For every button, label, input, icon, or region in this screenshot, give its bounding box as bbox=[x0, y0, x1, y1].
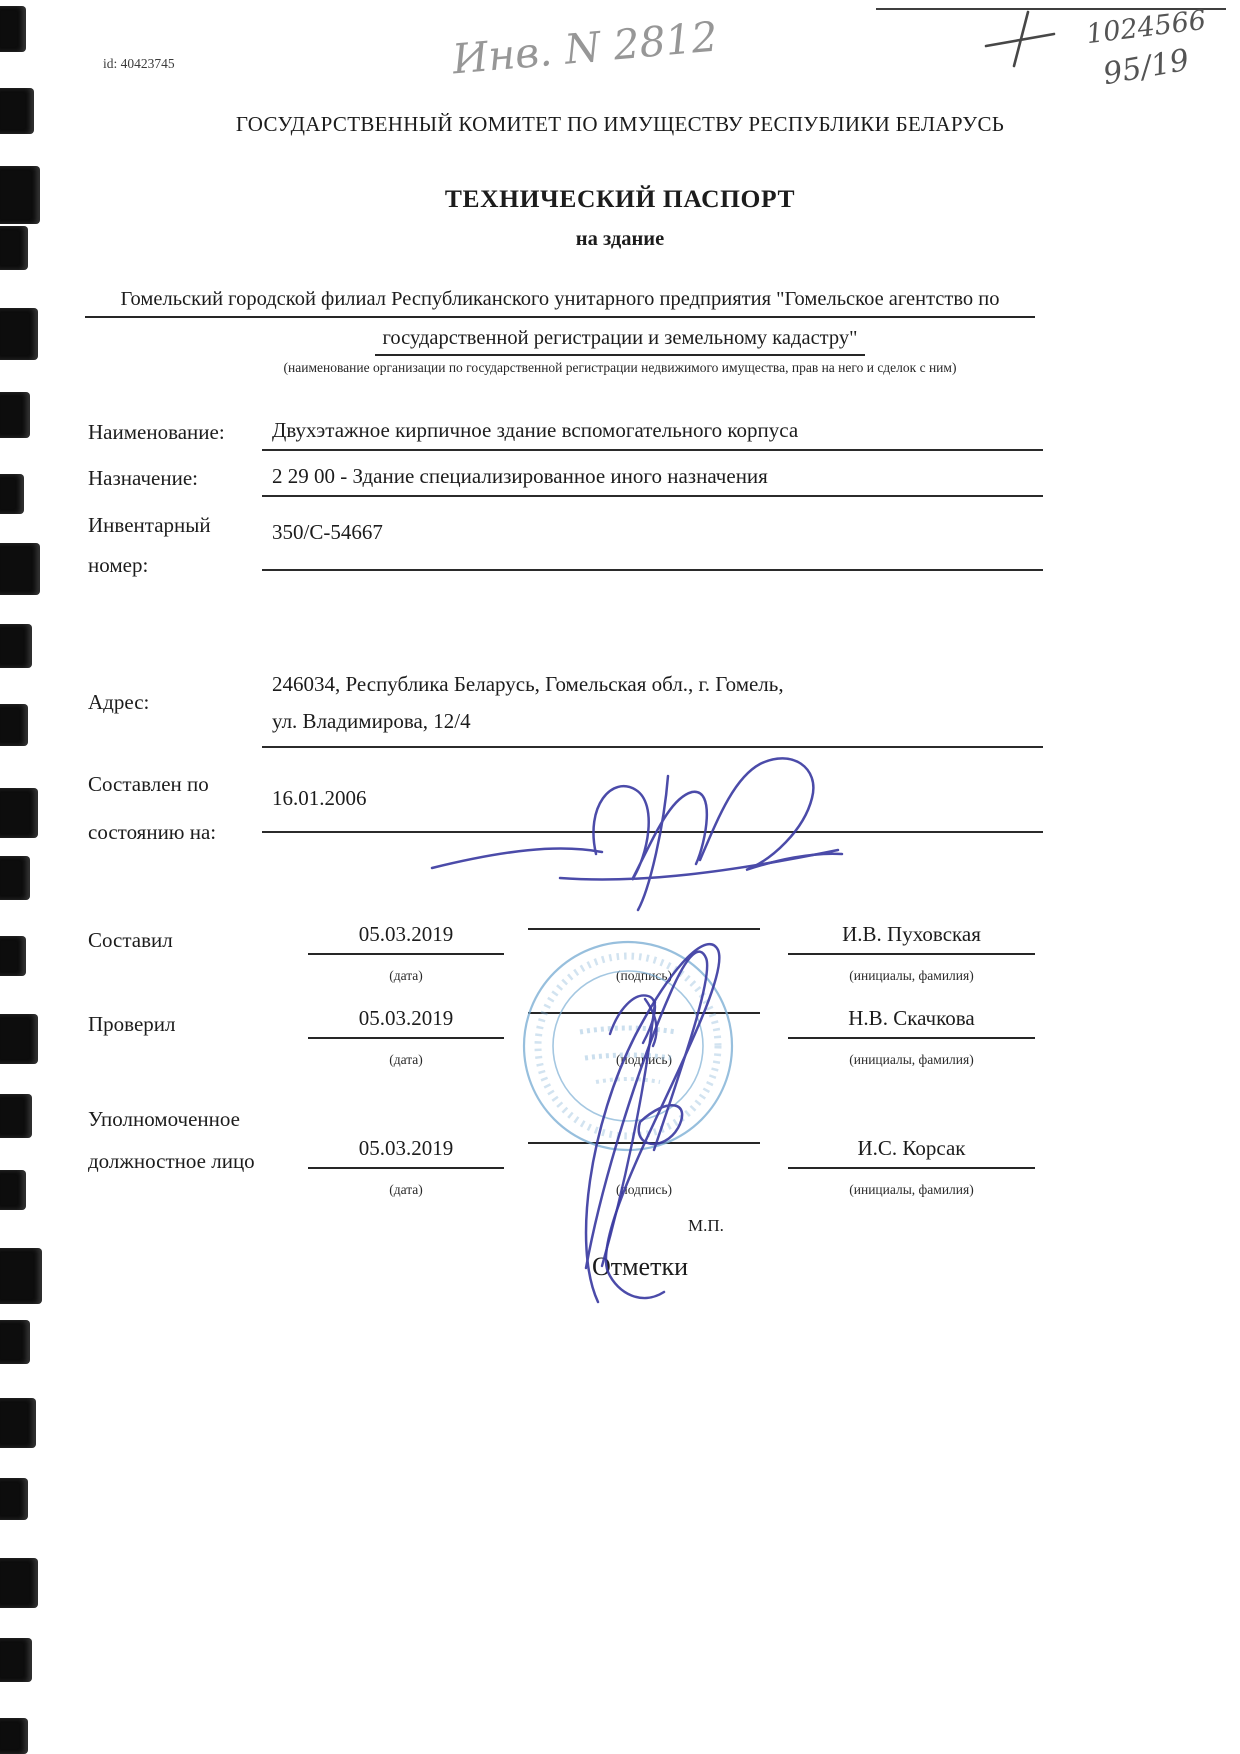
document-id: id: 40423745 bbox=[103, 56, 175, 72]
handwritten-number-top: 1024566 bbox=[1085, 5, 1208, 50]
signer-role-official: Уполномоченное должностное лицо bbox=[88, 1098, 255, 1182]
official-signature-line bbox=[528, 1136, 760, 1144]
field-purpose-value: 2 29 00 - Здание специализированное иног… bbox=[262, 464, 1043, 497]
checker-name: Н.В. Скачкова bbox=[788, 1006, 1035, 1039]
caption-sign-3: (подпись) bbox=[528, 1182, 760, 1198]
binding-hole bbox=[0, 474, 24, 514]
caption-sign-1: (подпись) bbox=[528, 968, 760, 984]
binding-hole bbox=[0, 1718, 28, 1754]
caption-date-1: (дата) bbox=[308, 968, 504, 984]
binding-hole bbox=[0, 936, 26, 976]
field-inventory-value: 350/С-54667 bbox=[262, 520, 1043, 571]
field-compiled-label: Составлен по состоянию на: bbox=[88, 760, 216, 856]
field-address-label: Адрес: bbox=[88, 690, 149, 715]
binding-hole bbox=[0, 1398, 36, 1448]
binding-hole bbox=[0, 1320, 30, 1364]
organization-name-line2: государственной регистрации и земельному… bbox=[375, 327, 866, 356]
field-name-value: Двухэтажное кирпичное здание вспомогател… bbox=[262, 418, 1043, 451]
committee-header: ГОСУДАРСТВЕННЫЙ КОМИТЕТ ПО ИМУЩЕСТВУ РЕС… bbox=[0, 112, 1240, 137]
document-subtitle: на здание bbox=[0, 228, 1240, 251]
official-name: И.С. Корсак bbox=[788, 1136, 1035, 1169]
ink-overlay bbox=[0, 0, 1240, 1754]
binding-hole bbox=[0, 788, 38, 838]
field-inventory-label-line1: Инвентарный bbox=[88, 505, 211, 545]
signer-role-checker: Проверил bbox=[88, 1012, 176, 1037]
compiler-signature-line bbox=[528, 922, 760, 930]
field-address-value-line1: 246034, Республика Беларусь, Гомельская … bbox=[272, 666, 1037, 703]
field-compiled-value: 16.01.2006 bbox=[262, 786, 1043, 833]
caption-name-3: (инициалы, фамилия) bbox=[788, 1182, 1035, 1198]
handwritten-inventory-note: Инв. N 2812 bbox=[450, 13, 719, 84]
checker-signature-line bbox=[528, 1006, 760, 1014]
caption-sign-2: (подпись) bbox=[528, 1052, 760, 1068]
field-inventory-label-line2: номер: bbox=[88, 545, 211, 585]
field-address-value-line2: ул. Владимирова, 12/4 bbox=[272, 703, 1037, 740]
binding-hole bbox=[0, 1094, 32, 1138]
signer-role-compiler: Составил bbox=[88, 928, 173, 953]
binding-hole bbox=[0, 1170, 26, 1210]
compiler-date: 05.03.2019 bbox=[308, 922, 504, 955]
field-compiled-label-line2: состоянию на: bbox=[88, 808, 216, 856]
signature-official bbox=[586, 944, 719, 1302]
binding-hole bbox=[0, 1638, 32, 1682]
signature-checker bbox=[602, 995, 656, 1266]
handwritten-number-bottom: 95/19 bbox=[1101, 43, 1192, 92]
binding-hole bbox=[0, 1014, 38, 1064]
field-purpose-label: Назначение: bbox=[88, 466, 198, 491]
caption-date-3: (дата) bbox=[308, 1182, 504, 1198]
binding-hole bbox=[0, 1248, 42, 1304]
organization-name-line1: Гомельский городской филиал Республиканс… bbox=[85, 288, 1035, 318]
binding-hole bbox=[0, 704, 28, 746]
binding-hole bbox=[0, 392, 30, 438]
caption-name-1: (инициалы, фамилия) bbox=[788, 968, 1035, 984]
organization-name-line2-wrap: государственной регистрации и земельному… bbox=[0, 327, 1240, 356]
binding-hole bbox=[0, 624, 32, 668]
binding-hole bbox=[0, 6, 26, 52]
binding-hole bbox=[0, 1478, 28, 1520]
seal-place-label: М.П. bbox=[688, 1216, 724, 1236]
official-date: 05.03.2019 bbox=[308, 1136, 504, 1169]
compiler-name: И.В. Пуховская bbox=[788, 922, 1035, 955]
scanned-document-page: id: 40423745 Инв. N 2812 1024566 95/19 Г… bbox=[0, 0, 1240, 1754]
signature-compiler bbox=[432, 758, 842, 910]
caption-date-2: (дата) bbox=[308, 1052, 504, 1068]
signer-role-official-line1: Уполномоченное bbox=[88, 1098, 255, 1140]
binding-hole bbox=[0, 856, 30, 900]
notes-title: Отметки bbox=[540, 1252, 740, 1282]
field-address-value: 246034, Республика Беларусь, Гомельская … bbox=[262, 666, 1043, 748]
field-inventory-label: Инвентарный номер: bbox=[88, 505, 211, 585]
binding-hole bbox=[0, 543, 40, 595]
plus-mark-icon bbox=[986, 12, 1054, 66]
caption-name-2: (инициалы, фамилия) bbox=[788, 1052, 1035, 1068]
field-compiled-label-line1: Составлен по bbox=[88, 760, 216, 808]
signer-role-official-line2: должностное лицо bbox=[88, 1140, 255, 1182]
binding-hole bbox=[0, 1558, 38, 1608]
field-name-label: Наименование: bbox=[88, 420, 225, 445]
checker-date: 05.03.2019 bbox=[308, 1006, 504, 1039]
organization-caption: (наименование организации по государстве… bbox=[0, 360, 1240, 376]
document-title: ТЕХНИЧЕСКИЙ ПАСПОРТ bbox=[0, 184, 1240, 214]
